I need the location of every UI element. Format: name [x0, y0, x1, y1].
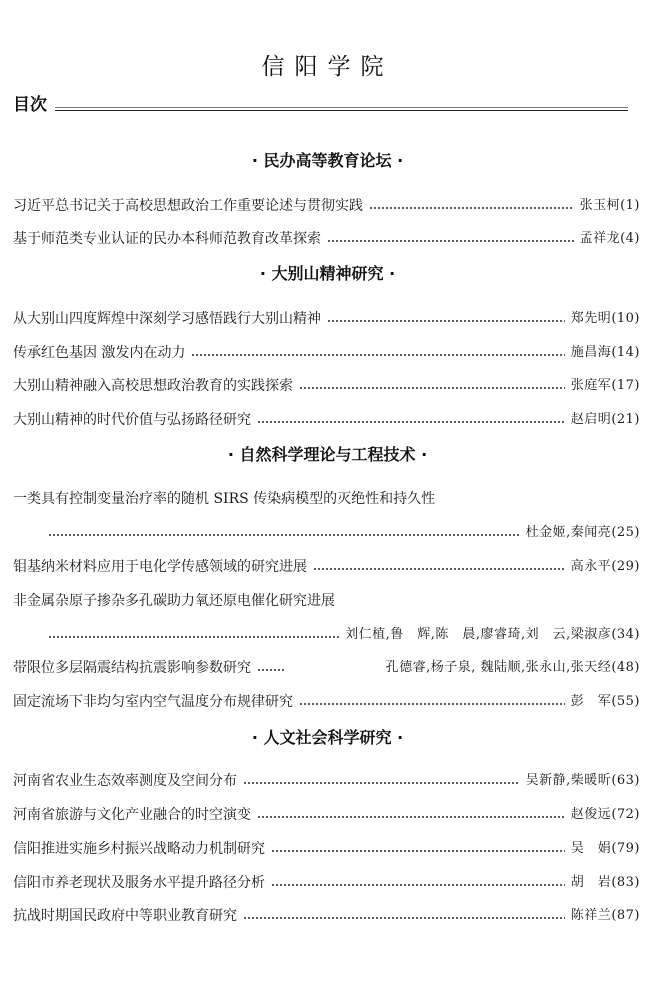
- article-author: 赵启明: [571, 410, 612, 430]
- page-number: (25): [611, 523, 640, 543]
- double-rule-divider: [55, 107, 628, 111]
- article-title: 传承红色基因 激发内在动力: [13, 343, 185, 363]
- dot-leader: [299, 376, 565, 396]
- page-number: (87): [611, 906, 640, 926]
- article-author: 孟祥龙: [580, 229, 621, 249]
- page-number: (1): [620, 196, 640, 216]
- toc-entry[interactable]: 习近平总书记关于高校思想政治工作重要论述与贯彻实践 张玉柯(1): [13, 196, 640, 216]
- article-title: 固定流场下非均匀室内空气温度分布规律研究: [13, 692, 293, 712]
- section-heading-humanities-social-science: · 人文社会科学研究 ·: [0, 728, 655, 748]
- dot-leader: [299, 692, 565, 712]
- dot-leader: [271, 839, 565, 859]
- toc-entry-author-line[interactable]: 杜金姬,秦闻亮(25): [13, 523, 640, 543]
- article-title: 大别山精神融入高校思想政治教育的实践探索: [13, 376, 293, 396]
- page-number: (55): [611, 692, 640, 712]
- page-number: (29): [611, 557, 640, 577]
- page-number: (63): [611, 771, 640, 791]
- journal-title: 信阳学院: [0, 48, 655, 81]
- dot-leader: [191, 343, 564, 363]
- article-author: 高永平: [571, 557, 612, 577]
- toc-entry[interactable]: 信阳市养老现状及服务水平提升路径分析 胡 岩(83): [13, 873, 640, 893]
- article-title: 习近平总书记关于高校思想政治工作重要论述与贯彻实践: [13, 196, 363, 216]
- dot-leader: [369, 196, 574, 216]
- toc-entry-title-line[interactable]: 非金属杂原子掺杂多孔碳助力氧还原电催化研究进展: [13, 591, 640, 611]
- page-number: (14): [611, 343, 640, 363]
- toc-entry[interactable]: 河南省农业生态效率测度及空间分布 吴新静,柴暖昕(63): [13, 771, 640, 791]
- toc-entry[interactable]: 传承红色基因 激发内在动力 施昌海(14): [13, 343, 640, 363]
- page-number: (17): [611, 376, 640, 396]
- article-title: 非金属杂原子掺杂多孔碳助力氧还原电催化研究进展: [13, 591, 335, 611]
- article-title: 信阳市养老现状及服务水平提升路径分析: [13, 873, 265, 893]
- toc-entry[interactable]: 大别山精神的时代价值与弘扬路径研究 赵启明(21): [13, 410, 640, 430]
- toc-entry[interactable]: 固定流场下非均匀室内空气温度分布规律研究 彭 军(55): [13, 692, 640, 712]
- dot-leader: [48, 523, 520, 543]
- article-title: 钼基纳米材料应用于电化学传感领域的研究进展: [13, 557, 307, 577]
- toc-entry[interactable]: 抗战时期国民政府中等职业教育研究 陈祥兰(87): [13, 906, 640, 926]
- dot-leader: [271, 873, 565, 893]
- dot-leader: [48, 625, 339, 645]
- toc-entry-title-line[interactable]: 一类具有控制变量治疗率的随机 SIRS 传染病模型的灭绝性和持久性: [13, 489, 640, 509]
- article-author: 胡 岩: [571, 873, 612, 893]
- article-title: 基于师范类专业认证的民办本科师范教育改革探索: [13, 229, 321, 249]
- toc-entry[interactable]: 大别山精神融入高校思想政治教育的实践探索 张庭军(17): [13, 376, 640, 396]
- toc-label: 目次: [13, 94, 47, 116]
- article-title: 从大别山四度辉煌中深刻学习感悟践行大别山精神: [13, 309, 321, 329]
- toc-entry-author-line[interactable]: 刘仁植,鲁 辉,陈 晨,廖睿琦,刘 云,梁淑彦(34): [13, 625, 640, 645]
- article-author: 吴 娟: [571, 839, 612, 859]
- section-heading-private-higher-education: · 民办高等教育论坛 ·: [0, 151, 655, 171]
- article-title: 河南省旅游与文化产业融合的时空演变: [13, 805, 251, 825]
- article-author: 孔德睿,杨子泉, 魏陆顺,张永山,张天经: [291, 658, 611, 678]
- article-author: 赵俊远: [571, 805, 612, 825]
- toc-entry[interactable]: 河南省旅游与文化产业融合的时空演变 赵俊远(72): [13, 805, 640, 825]
- page-number: (72): [611, 805, 640, 825]
- article-title: 一类具有控制变量治疗率的随机 SIRS 传染病模型的灭绝性和持久性: [13, 489, 435, 509]
- page-number: (83): [611, 873, 640, 893]
- toc-entry[interactable]: 基于师范类专业认证的民办本科师范教育改革探索 孟祥龙(4): [13, 229, 640, 249]
- toc-entry[interactable]: 钼基纳米材料应用于电化学传感领域的研究进展 高永平(29): [13, 557, 640, 577]
- article-title: 大别山精神的时代价值与弘扬路径研究: [13, 410, 251, 430]
- article-author: 陈祥兰: [571, 906, 612, 926]
- article-author: 施昌海: [571, 343, 612, 363]
- page-number: (21): [611, 410, 640, 430]
- article-title: 抗战时期国民政府中等职业教育研究: [13, 906, 237, 926]
- dot-leader: [327, 229, 574, 249]
- section-heading-natural-science-engineering: · 自然科学理论与工程技术 ·: [0, 445, 655, 465]
- article-author: 吴新静,柴暖昕: [526, 771, 612, 791]
- dot-leader: [257, 658, 285, 678]
- dot-leader: [257, 805, 565, 825]
- article-author: 张玉柯: [580, 196, 621, 216]
- article-author: 彭 军: [571, 692, 612, 712]
- page-number: (4): [620, 229, 640, 249]
- dot-leader: [313, 557, 565, 577]
- page-number: (10): [611, 309, 640, 329]
- section-heading-dabieshan-spirit: · 大别山精神研究 ·: [0, 264, 655, 284]
- article-author: 郑先明: [571, 309, 612, 329]
- dot-leader: [243, 906, 565, 926]
- dot-leader: [257, 410, 565, 430]
- dot-leader: [327, 309, 565, 329]
- dot-leader: [243, 771, 520, 791]
- toc-entry[interactable]: 带限位多层隔震结构抗震影响参数研究 孔德睿,杨子泉, 魏陆顺,张永山,张天经(4…: [13, 658, 640, 678]
- article-author: 杜金姬,秦闻亮: [526, 523, 612, 543]
- page-number: (48): [611, 658, 640, 678]
- toc-entry[interactable]: 从大别山四度辉煌中深刻学习感悟践行大别山精神 郑先明(10): [13, 309, 640, 329]
- article-author: 刘仁植,鲁 辉,陈 晨,廖睿琦,刘 云,梁淑彦: [345, 625, 611, 645]
- article-title: 河南省农业生态效率测度及空间分布: [13, 771, 237, 791]
- toc-header: 目次: [13, 94, 628, 118]
- article-title: 信阳推进实施乡村振兴战略动力机制研究: [13, 839, 265, 859]
- article-title: 带限位多层隔震结构抗震影响参数研究: [13, 658, 251, 678]
- toc-entry[interactable]: 信阳推进实施乡村振兴战略动力机制研究 吴 娟(79): [13, 839, 640, 859]
- page-number: (34): [611, 625, 640, 645]
- page-number: (79): [611, 839, 640, 859]
- article-author: 张庭军: [571, 376, 612, 396]
